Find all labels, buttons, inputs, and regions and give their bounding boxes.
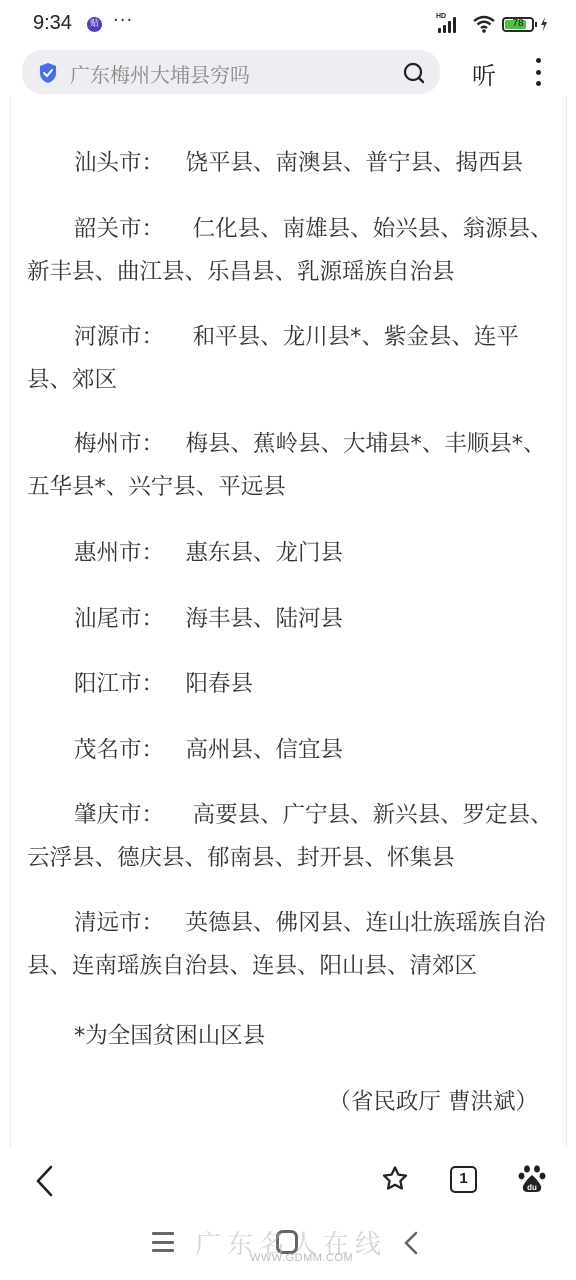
browser-toolbar: 1 du: [0, 1148, 576, 1212]
city-paragraph-yangjiang: 阳江市： 阳春县: [27, 663, 553, 706]
cellular-signal-icon: HD: [436, 15, 466, 33]
partial-paragraph: 广州市： 从化县: [27, 96, 553, 109]
baidu-paw-icon[interactable]: du: [518, 1164, 546, 1194]
battery-icon: 78: [502, 17, 534, 32]
city-paragraph-zhaoqing: 肇庆市： 高要县、广宁县、新兴县、罗定县、云浮县、德庆县、郁南县、封开县、怀集县: [27, 794, 553, 880]
city-paragraph-huizhou: 惠州市： 惠东县、龙门县: [27, 532, 553, 575]
wifi-icon: [472, 15, 496, 33]
status-icons: HD 78: [436, 15, 548, 33]
battery-percent: 78: [504, 18, 532, 29]
bookmark-star-icon[interactable]: [381, 1165, 409, 1193]
search-query-text[interactable]: 广东梅州大埔县穷吗: [70, 59, 250, 88]
city-paragraph-shaoguan: 韶关市： 仁化县、南雄县、始兴县、翁源县、新丰县、曲江县、乐昌县、乳源瑶族自治县: [27, 208, 553, 294]
recent-apps-icon[interactable]: [152, 1232, 174, 1252]
listen-button[interactable]: 听: [472, 56, 496, 91]
back-icon[interactable]: [34, 1164, 56, 1198]
city-paragraph-shanwei: 汕尾市： 海丰县、陆河县: [27, 598, 553, 641]
notification-app-icon: 贴: [87, 17, 102, 32]
footnote: *为全国贫困山区县: [74, 1018, 265, 1050]
secure-shield-icon: [38, 62, 58, 84]
status-bar: 9:34 贴 ··· HD 78: [0, 0, 576, 48]
city-paragraph-qingyuan: 清远市： 英德县、佛冈县、连山壮族瑶族自治县、连南瑶族自治县、连县、阳山县、清郊…: [27, 902, 553, 988]
signature: （省民政厅 曹洪斌）: [328, 1084, 538, 1116]
more-options-icon[interactable]: [530, 58, 546, 86]
tabs-button[interactable]: 1: [450, 1166, 477, 1193]
city-paragraph-meizhou: 梅州市： 梅县、蕉岭县、大埔县*、丰顺县*、五华县*、兴宁县、平远县: [27, 423, 553, 509]
city-paragraph-maoming: 茂名市： 高州县、信宜县: [27, 729, 553, 772]
article-content: 广州市： 从化县 汕头市： 饶平县、南澳县、普宁县、揭西县 韶关市： 仁化县、南…: [10, 96, 567, 1148]
watermark-text: WWW.GDMM.COM: [250, 1252, 353, 1264]
svg-text:du: du: [527, 1183, 537, 1192]
system-back-icon[interactable]: [403, 1230, 419, 1256]
search-icon[interactable]: [402, 61, 426, 85]
status-time: 9:34: [33, 12, 72, 35]
address-search-bar[interactable]: 广东梅州大埔县穷吗: [22, 50, 440, 94]
more-notifications-icon: ···: [113, 10, 133, 31]
system-navigation-bar: 广东名人在线 WWW.GDMM.COM: [0, 1212, 576, 1280]
charging-icon: [540, 17, 548, 31]
city-paragraph-heyuan: 河源市： 和平县、龙川县*、紫金县、连平县、郊区: [27, 316, 553, 402]
city-paragraph-shantou: 汕头市： 饶平县、南澳县、普宁县、揭西县: [27, 142, 553, 185]
